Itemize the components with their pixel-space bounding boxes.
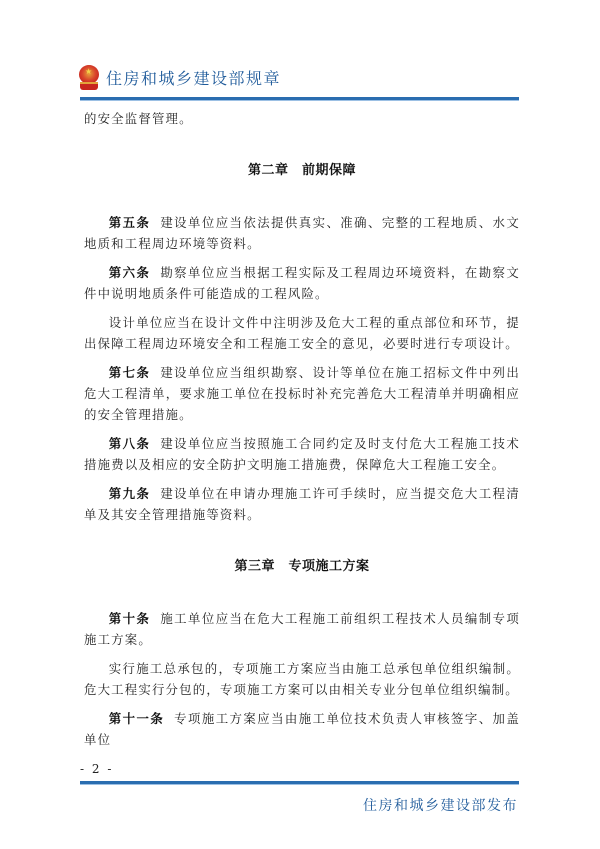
article-text: 设计单位应当在设计文件中注明涉及危大工程的重点部位和环节，提出保障工程周边环境安… [84, 315, 520, 351]
header-divider [80, 97, 519, 101]
footer-divider [80, 781, 519, 785]
article-text: 实行施工总承包的，专项施工方案应当由施工总承包单位组织编制。危大工程实行分包的，… [84, 661, 520, 697]
national-emblem-icon: ★ [78, 65, 100, 89]
header-title: 住房和城乡建设部规章 [106, 66, 281, 89]
article-paragraph: 第十条施工单位应当在危大工程施工前组织工程技术人员编制专项施工方案。 [84, 608, 520, 650]
page-number: - 2 - [80, 762, 113, 776]
article-paragraph: 第十一条专项施工方案应当由施工单位技术负责人审核签字、加盖单位 [84, 708, 520, 750]
footer-publisher: 住房和城乡建设部发布 [363, 795, 518, 815]
article-paragraph: 设计单位应当在设计文件中注明涉及危大工程的重点部位和环节，提出保障工程周边环境安… [84, 312, 520, 354]
article-paragraph: 第六条勘察单位应当根据工程实际及工程周边环境资料，在勘察文件中说明地质条件可能造… [84, 262, 520, 304]
article-number: 第八条 [109, 436, 151, 451]
article-paragraph: 第七条建设单位应当组织勘察、设计等单位在施工招标文件中列出危大工程清单，要求施工… [84, 362, 520, 425]
article-paragraph: 第八条建设单位应当按照施工合同约定及时支付危大工程施工技术措施费以及相应的安全防… [84, 433, 520, 475]
article-number: 第九条 [109, 486, 151, 501]
article-paragraph: 第五条建设单位应当依法提供真实、准确、完整的工程地质、水文地质和工程周边环境等资… [84, 212, 520, 254]
article-number: 第六条 [109, 265, 151, 280]
continuation-text: 的安全监督管理。 [84, 108, 520, 129]
chapter-title: 第二章 前期保障 [84, 160, 520, 181]
document-body: 的安全监督管理。 第二章 前期保障 第五条建设单位应当依法提供真实、准确、完整的… [84, 108, 520, 750]
article-paragraph: 实行施工总承包的，专项施工方案应当由施工总承包单位组织编制。危大工程实行分包的，… [84, 658, 520, 700]
article-paragraph: 第九条建设单位在申请办理施工许可手续时，应当提交危大工程清单及其安全管理措施等资… [84, 483, 520, 525]
article-number: 第五条 [109, 215, 151, 230]
chapter-title: 第三章 专项施工方案 [84, 556, 520, 577]
article-number: 第十条 [109, 611, 151, 626]
page-header: ★ 住房和城乡建设部规章 [78, 62, 281, 92]
article-number: 第七条 [109, 365, 151, 380]
article-number: 第十一条 [109, 711, 164, 726]
